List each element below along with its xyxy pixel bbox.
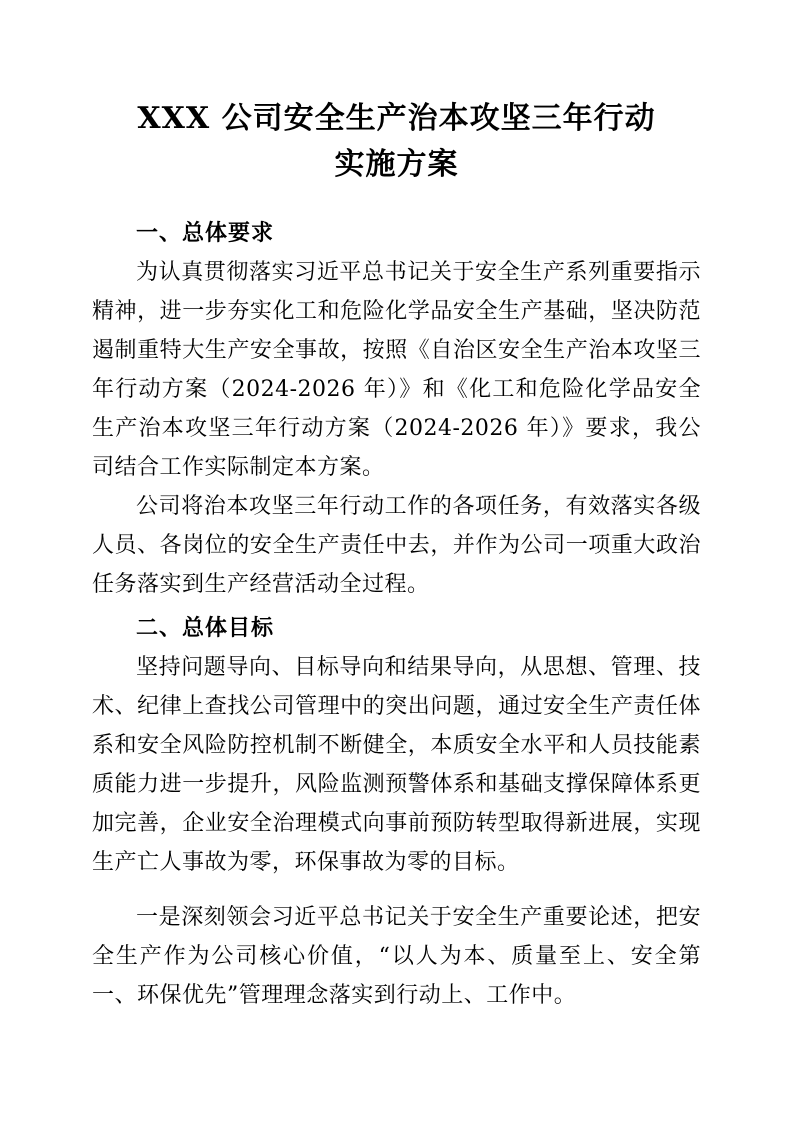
section-heading-general-goals: 二、总体目标 [92,609,701,648]
document-title: XXX 公司安全生产治本攻坚三年行动 实施方案 [92,96,701,188]
paragraph-general-goals-1: 坚持问题导向、目标导向和结果导向，从思想、管理、技术、纪律上查找公司管理中的突出… [92,648,701,882]
document-title-line1: XXX 公司安全生产治本攻坚三年行动 [92,96,701,142]
paragraph-general-requirements-2: 公司将治本攻坚三年行动工作的各项任务，有效落实各级人员、各岗位的安全生产责任中去… [92,487,701,604]
section-heading-general-requirements: 一、总体要求 [92,214,701,253]
document-page: XXX 公司安全生产治本攻坚三年行动 实施方案 一、总体要求 为认真贯彻落实习近… [0,0,793,1122]
paragraph-general-requirements-1: 为认真贯彻落实习近平总书记关于安全生产系列重要指示精神，进一步夯实化工和危险化学… [92,253,701,487]
document-title-line2: 实施方案 [92,142,701,188]
paragraph-general-goals-2: 一是深刻领会习近平总书记关于安全生产重要论述，把安全生产作为公司核心价值，“以人… [92,898,701,1015]
